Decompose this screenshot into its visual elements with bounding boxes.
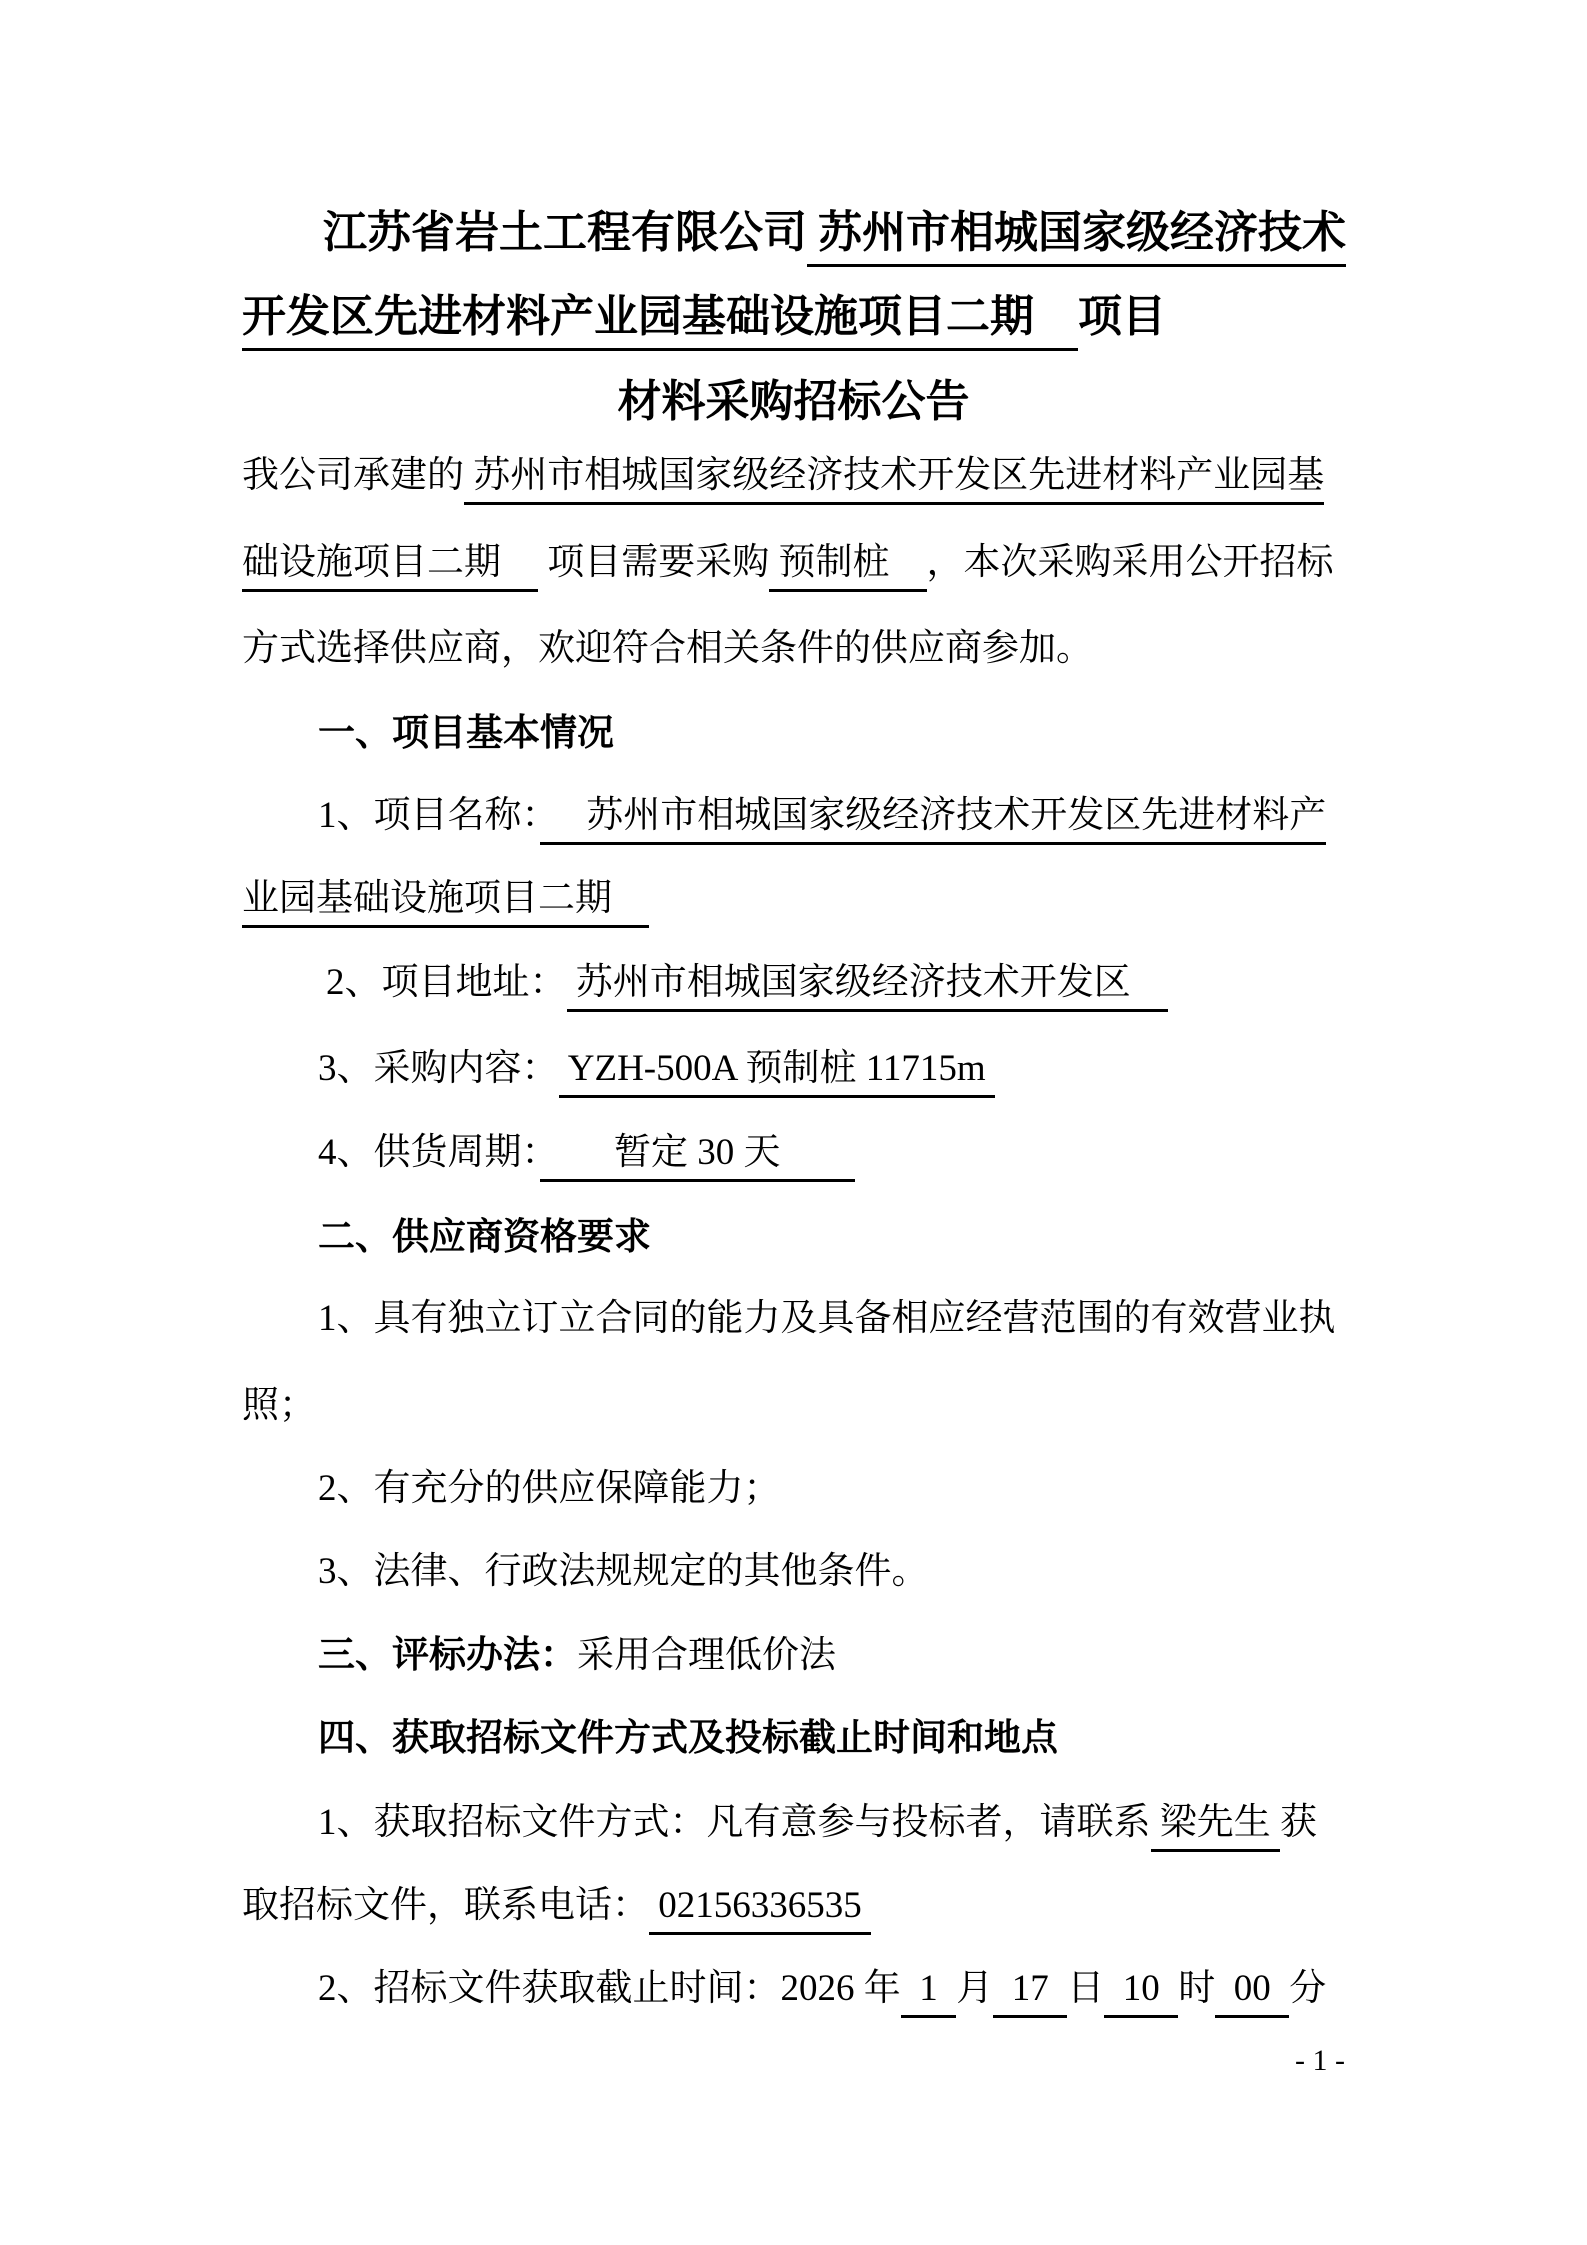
item-project-address: 2、项目地址： 苏州市相城国家级经济技术开发区 (326, 962, 1168, 1003)
underlined-field: 17 (993, 1968, 1067, 2018)
text-segment: 1、项目名称： (318, 795, 540, 836)
text-segment: 一、项目基本情况 (318, 713, 614, 754)
text-segment: 3、采购内容： (318, 1048, 559, 1089)
text-segment: 我公司承建的 (242, 455, 464, 496)
item-supply-period: 4、供货周期： 暂定 30 天 (318, 1132, 855, 1173)
text-segment: 1、获取招标文件方式：凡有意参与投标者，请联系 (318, 1802, 1151, 1843)
text-segment: 采用合理低价法 (577, 1635, 836, 1676)
qualification-3: 3、法律、行政法规规定的其他条件。 (318, 1551, 929, 1592)
text-segment: 2、招标文件获取截止时间：2026 年 (318, 1968, 901, 2009)
text-segment: 二、供应商资格要求 (318, 1217, 651, 1258)
body-line-3: 方式选择供应商，欢迎符合相关条件的供应商参加。 (242, 628, 1093, 669)
deadline-line: 2、招标文件获取截止时间：2026 年 1 月 17 日 10 时 00 分 (318, 1968, 1326, 2009)
text-segment: 江苏省岩土工程有限公司 (323, 208, 807, 257)
document-page: 江苏省岩土工程有限公司 苏州市相城国家级经济技术开发区先进材料产业园基础设施项目… (0, 0, 1587, 2245)
text-segment: 日 (1067, 1968, 1104, 2009)
text-segment: ，本次采购采用公开招标 (927, 542, 1334, 583)
underlined-field: 业园基础设施项目二期 (242, 878, 649, 928)
body-line-1: 我公司承建的 苏州市相城国家级经济技术开发区先进材料产业园基 (242, 455, 1324, 496)
qualification-1-cont: 照； (242, 1385, 316, 1426)
qualification-2: 2、有充分的供应保障能力； (318, 1468, 781, 1509)
underlined-field: 苏州市相城国家级经济技术 (807, 208, 1346, 267)
item-procurement-content: 3、采购内容： YZH-500A 预制桩 11715m (318, 1048, 995, 1089)
text-segment: 取招标文件，联系电话： (242, 1885, 649, 1926)
text-segment: 分 (1289, 1968, 1326, 2009)
underlined-field: 梁先生 (1151, 1802, 1281, 1852)
section-3-heading: 三、评标办法：采用合理低价法 (318, 1635, 836, 1676)
underlined-field: 预制桩 (769, 542, 926, 592)
text-segment: 项目 (1078, 292, 1166, 341)
underlined-field: 10 (1104, 1968, 1178, 2018)
item-project-name-cont: 业园基础设施项目二期 (242, 878, 649, 919)
page-number: - 1 - (1295, 2046, 1345, 2076)
underlined-field: 苏州市相城国家级经济技术开发区 (567, 962, 1168, 1012)
underlined-field: 02156336535 (649, 1885, 871, 1935)
underlined-field: 暂定 30 天 (540, 1132, 855, 1182)
obtain-method-cont: 取招标文件，联系电话： 02156336535 (242, 1885, 871, 1926)
underlined-field: YZH-500A 预制桩 11715m (559, 1048, 995, 1098)
text-segment: 材料采购招标公告 (618, 377, 970, 426)
text-segment: 4、供货周期： (318, 1132, 540, 1173)
qualification-1: 1、具有独立订立合同的能力及具备相应经营范围的有效营业执 (318, 1298, 1336, 1339)
text-segment: 月 (956, 1968, 993, 2009)
text-segment: 2、有充分的供应保障能力； (318, 1468, 781, 1509)
section-2-heading: 二、供应商资格要求 (318, 1217, 651, 1258)
underlined-field: 开发区先进材料产业园基础设施项目二期 (242, 292, 1078, 351)
text-segment: 时 (1178, 1968, 1215, 2009)
text-segment: 2、项目地址： (326, 962, 567, 1003)
obtain-method: 1、获取招标文件方式：凡有意参与投标者，请联系 梁先生 获 (318, 1802, 1317, 1843)
text-segment: 四、获取招标文件方式及投标截止时间和地点 (318, 1718, 1058, 1759)
section-1-heading: 一、项目基本情况 (318, 713, 614, 754)
text-segment: 3、法律、行政法规规定的其他条件。 (318, 1551, 929, 1592)
underlined-field: 苏州市相城国家级经济技术开发区先进材料产业园基 (464, 455, 1324, 505)
underlined-field: 础设施项目二期 (242, 542, 538, 592)
section-4-heading: 四、获取招标文件方式及投标截止时间和地点 (318, 1718, 1058, 1759)
underlined-field: 1 (901, 1968, 957, 2018)
item-project-name: 1、项目名称： 苏州市相城国家级经济技术开发区先进材料产 (318, 795, 1326, 836)
underlined-field: 苏州市相城国家级经济技术开发区先进材料产 (540, 795, 1326, 845)
text-segment: 方式选择供应商，欢迎符合相关条件的供应商参加。 (242, 628, 1093, 669)
body-line-2: 础设施项目二期 项目需要采购 预制桩 ，本次采购采用公开招标 (242, 542, 1334, 583)
underlined-field: 00 (1215, 1968, 1289, 2018)
text-segment: 获 (1280, 1802, 1317, 1843)
text-segment: 三、评标办法： (318, 1635, 577, 1676)
doc-subtitle: 材料采购招标公告 (0, 377, 1587, 426)
text-segment: 1、具有独立订立合同的能力及具备相应经营范围的有效营业执 (318, 1298, 1336, 1339)
doc-title-line-1: 江苏省岩土工程有限公司 苏州市相城国家级经济技术 (323, 208, 1346, 257)
text-segment: 项目需要采购 (538, 542, 769, 583)
text-segment: 照； (242, 1385, 316, 1426)
doc-title-line-2: 开发区先进材料产业园基础设施项目二期 项目 (242, 292, 1166, 341)
